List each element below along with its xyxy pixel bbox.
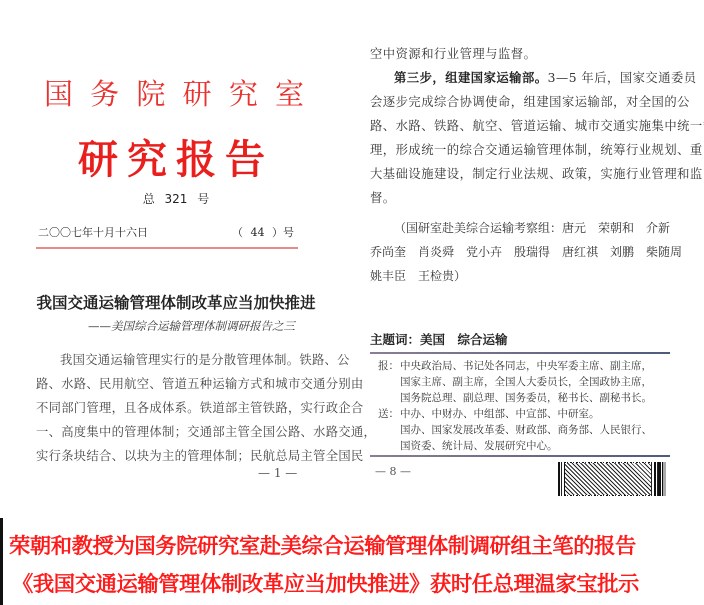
issue-number: （ 44 ）号 <box>232 224 294 240</box>
page-number-left: — 1 — <box>258 466 297 480</box>
body-line: 实行条块结合、以块为主的管理体制；民航总局主管全国民 <box>36 444 298 468</box>
dist-line: 中央政治局、书记处各同志，中央军委主席、副主席， <box>400 358 652 374</box>
dist-line: 国资委、统计局、发展研究中心。 <box>400 438 558 454</box>
dist-line: 国家主席、副主席，全国人大委员长，全国政协主席， <box>400 374 652 390</box>
distribution-rule-top <box>370 352 670 354</box>
team-line: 姚丰臣 王检贵） <box>370 264 670 288</box>
dist-line: 国办、国家发展改革委、财政部、商务部、人民银行、 <box>400 422 652 438</box>
subject-keywords: 主题词：美国 综合运输 <box>370 330 508 348</box>
body-line: 一、高度集中的管理体制；交通部主管全国公路、水路交通， <box>36 420 298 444</box>
team-line: （国研室赴美综合运输考察组：唐元 荣朝和 介新 <box>370 216 670 240</box>
body-line: 路、水路、民用航空、管道五种运输方式和城市交通分别由 <box>36 372 298 396</box>
distribution-list: 报：中央政治局、书记处各同志，中央军委主席、副主席， 国家主席、副主席，全国人大… <box>378 358 673 454</box>
org-title: 国 务 院 研 究 室 <box>0 72 352 113</box>
body-line: 不同部门管理，且各成体系。铁道部主管铁路，实行政企合 <box>36 396 298 420</box>
body-line: 会逐步完成综合协调使命，组建国家运输部，对全国的公 <box>370 90 670 114</box>
document-subtitle: ——美国综合运输管理体制调研报告之三 <box>88 318 295 334</box>
barcode-pattern <box>565 463 651 495</box>
body-line: 大基础设施建设，制定行业法规、政策，实施行业管理和监 <box>370 162 670 186</box>
team-line: 乔尚奎 肖炎舜 党小卉 殷瑞得 唐红祺 刘鹏 柴随周 <box>370 240 670 264</box>
body-line: 空中资源和行业管理与监督。 <box>370 42 670 66</box>
body-line: 理，形成统一的综合交通运输管理体制，统筹行业规划、重 <box>370 138 670 162</box>
red-divider <box>36 247 298 249</box>
report-title: 研究报告 <box>0 128 352 185</box>
serial-number: 总 321 号 <box>0 190 352 207</box>
document-title: 我国交通运输管理体制改革应当加快推进 <box>0 291 352 313</box>
team-members: （国研室赴美综合运输考察组：唐元 荣朝和 介新 乔尚奎 肖炎舜 党小卉 殷瑞得 … <box>370 216 670 288</box>
step-line: 第三步，组建国家运输部。3—5 年后，国家交通委员 <box>370 66 670 90</box>
dist-line: 中办、中财办、中组部、中宣部、中研室。 <box>400 406 600 422</box>
step-heading: 第三步，组建国家运输部。 <box>394 71 548 85</box>
body-line: 我国交通运输管理实行的是分散管理体制。铁路、公 <box>36 348 298 372</box>
dist-line: 国务院总理、副总理、国务委员，秘书长、副秘书长。 <box>400 390 652 406</box>
caption-left-bar <box>0 518 3 605</box>
caption-line-1: 荣朝和教授为国务院研究室赴美综合运输管理体制调研组主笔的报告 <box>9 529 636 560</box>
left-body-text: 我国交通运输管理实行的是分散管理体制。铁路、公 路、水路、民用航空、管道五种运输… <box>36 348 298 468</box>
caption-line-2: 《我国交通运输管理体制改革应当加快推进》获时任总理温家宝批示 <box>12 567 639 598</box>
distribution-rule-bottom <box>370 455 670 457</box>
send-to-label: 送： <box>378 406 400 422</box>
right-body-text: 空中资源和行业管理与监督。 第三步，组建国家运输部。3—5 年后，国家交通委员 … <box>370 42 670 210</box>
step-text: 3—5 年后，国家交通委员 <box>548 71 697 85</box>
body-line: 督。 <box>370 186 670 210</box>
barcode-edge <box>658 462 666 496</box>
page-number-right: — 8 — <box>375 465 411 478</box>
report-to-label: 报： <box>378 358 400 374</box>
report-date: 二〇〇七年十月十六日 <box>38 224 148 240</box>
body-line: 路、水路、铁路、航空、管道运输、城市交通实施集中统一管 <box>370 114 670 138</box>
barcode-icon <box>558 462 666 496</box>
